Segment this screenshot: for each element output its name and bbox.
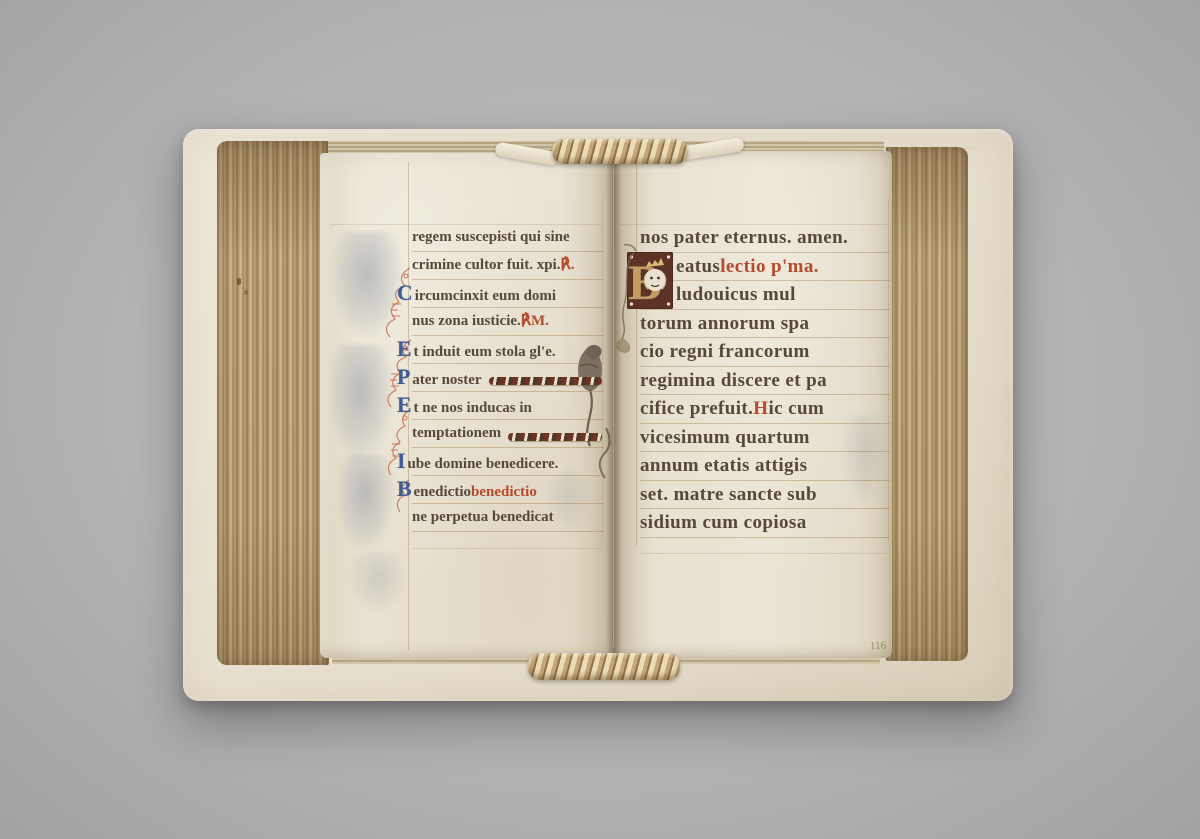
- text-segment: sidium cum copiosa: [640, 509, 807, 537]
- text-segment: cio regni francorum: [640, 338, 810, 366]
- text-line: vicesimum quartum: [640, 424, 890, 453]
- text-line: nos pater eternus. amen.: [640, 224, 890, 253]
- gutter-shadow: [606, 150, 622, 658]
- text-segment: torum annorum spa: [640, 310, 809, 338]
- text-line: Et ne nos inducas in: [412, 392, 604, 420]
- ruling-line: [640, 553, 888, 554]
- text-line: ludouicus mul: [640, 281, 890, 310]
- vine-descender: [614, 243, 640, 355]
- offset-ghost-figure: [338, 455, 393, 550]
- text-segment: H: [753, 395, 768, 423]
- text-segment: ircumcinxit eum domi: [415, 283, 556, 310]
- text-line: eatus lectio p'ma.: [640, 253, 890, 282]
- text-line: temptationem: [412, 420, 604, 448]
- text-line: sidium cum copiosa: [640, 509, 890, 538]
- offset-ghost-figure: [350, 552, 405, 612]
- text-line: Circumcinxit eum domi: [412, 280, 604, 308]
- endband-top: [552, 139, 688, 164]
- text-line: ne perpetua benedicat: [412, 504, 604, 532]
- text-segment: ℟M.: [521, 308, 549, 335]
- left-page-text-block: regem suscepisti qui sinecrimine cultor …: [412, 224, 604, 532]
- text-segment: eatus: [676, 253, 720, 281]
- fore-edge-right-stack: [886, 147, 968, 661]
- pen-initial-P: P: [397, 364, 410, 391]
- folio-number: 116: [870, 640, 887, 653]
- text-line: regem suscepisti qui sine: [412, 224, 604, 252]
- right-page-text-block: nos pater eternus. amen.eatus lectio p'm…: [640, 224, 890, 538]
- text-segment: lectio p'ma.: [720, 253, 819, 281]
- ink-speck: [244, 290, 248, 295]
- text-segment: enedictio: [414, 479, 472, 506]
- text-line: cifice prefuit. Hic cum: [640, 395, 890, 424]
- text-line: crimine cultor fuit. xpi. ℟.: [412, 252, 604, 280]
- text-line: set. matre sancte sub: [640, 481, 890, 510]
- text-segment: cifice prefuit.: [640, 395, 753, 423]
- ink-speck: [237, 278, 241, 285]
- pen-initial-B: B: [397, 476, 412, 503]
- text-line: Et induit eum stola gl'e.: [412, 336, 604, 364]
- text-segment: nos pater eternus. amen.: [640, 224, 848, 252]
- text-segment: ic cum: [768, 395, 824, 423]
- endband-bottom: [528, 653, 680, 680]
- text-segment: annum etatis attigis: [640, 452, 807, 480]
- text-segment: set. matre sancte sub: [640, 481, 817, 509]
- fore-edge-left-stack: [217, 141, 329, 665]
- text-segment: crimine cultor fuit. xpi.: [412, 252, 560, 279]
- text-line: regimina discere et pa: [640, 367, 890, 396]
- text-line: Pater noster: [412, 364, 604, 392]
- manuscript-photograph: regem suscepisti qui sinecrimine cultor …: [0, 0, 1200, 839]
- text-line: Benedictio benedictio: [412, 476, 604, 504]
- text-segment: nus zona iusticie.: [412, 308, 521, 335]
- braided-line-filler: [508, 433, 602, 441]
- text-segment: regimina discere et pa: [640, 367, 827, 395]
- text-segment: t induit eum stola gl'e.: [414, 339, 556, 366]
- text-line: annum etatis attigis: [640, 452, 890, 481]
- text-line: Iube domine benedicere.: [412, 448, 604, 476]
- text-segment: t ne nos inducas in: [414, 395, 532, 422]
- text-segment: vicesimum quartum: [640, 424, 810, 452]
- text-segment: ater noster: [412, 367, 481, 394]
- pen-initial-C: C: [397, 280, 413, 307]
- text-line: cio regni francorum: [640, 338, 890, 367]
- braided-line-filler: [489, 377, 602, 385]
- text-segment: ube domine benedicere.: [407, 451, 558, 478]
- pen-initial-E: E: [397, 392, 412, 419]
- text-segment: regem suscepisti qui sine: [412, 224, 570, 251]
- pen-initial-I: I: [397, 448, 405, 475]
- text-segment: ne perpetua benedicat: [412, 504, 554, 531]
- offset-ghost-figure: [330, 345, 392, 460]
- ruling-line: [412, 548, 602, 549]
- text-line: torum annorum spa: [640, 310, 890, 339]
- text-segment: benedictio: [471, 479, 537, 506]
- text-segment: temptationem: [412, 420, 501, 447]
- text-segment: ℟.: [560, 252, 574, 279]
- text-line: nus zona iusticie. ℟M.: [412, 308, 604, 336]
- pen-initial-E: E: [397, 336, 412, 363]
- text-segment: ludouicus mul: [676, 281, 796, 309]
